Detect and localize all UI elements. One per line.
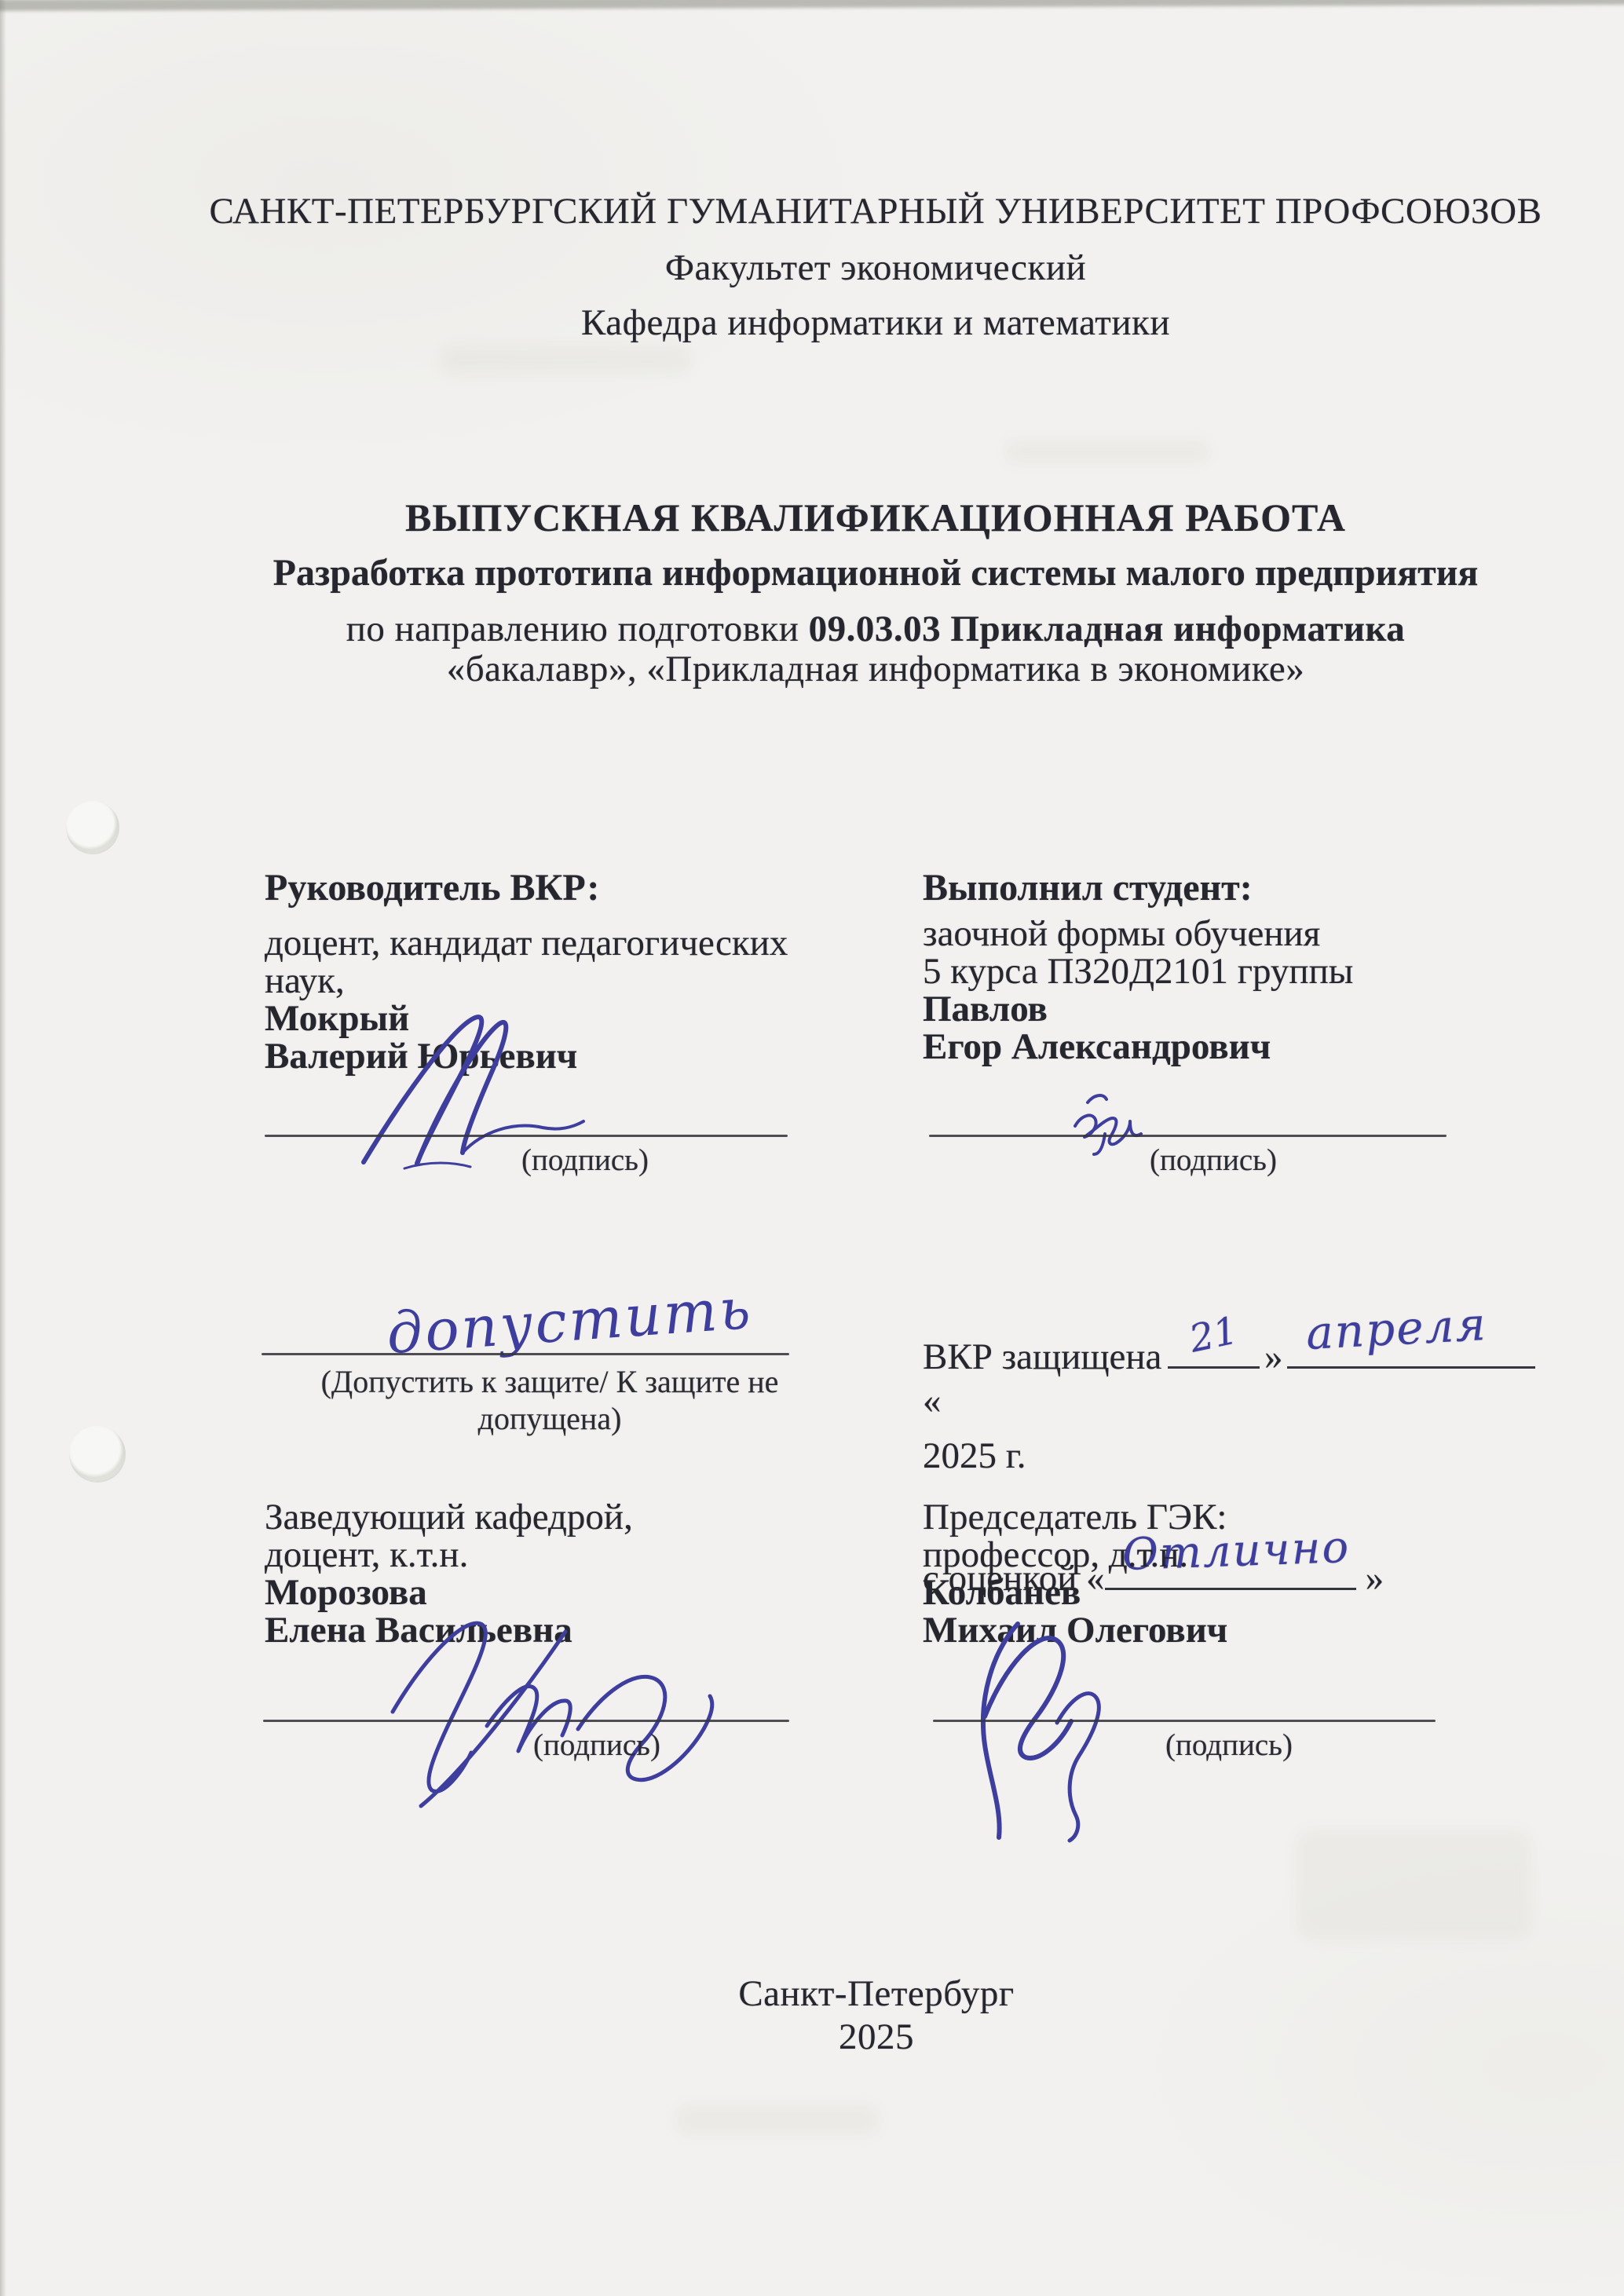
head-position: доцент, к.т.н. bbox=[265, 1536, 861, 1574]
defense-prefix: ВКР защищена « bbox=[923, 1335, 1168, 1423]
defense-quote-close: » bbox=[1264, 1335, 1283, 1379]
student-name-patronymic: Егор Александрович bbox=[923, 1028, 1520, 1066]
footer-year: 2025 bbox=[157, 2014, 1596, 2060]
scan-edge-top bbox=[0, 0, 1624, 11]
student-study-form: заочной формы обучения bbox=[923, 915, 1520, 952]
student-surname: Павлов bbox=[923, 990, 1520, 1028]
admission-line bbox=[262, 1353, 789, 1355]
defense-month-blank: апреля bbox=[1287, 1325, 1535, 1369]
gec-signature-caption: (подпись) bbox=[1080, 1727, 1378, 1763]
scanned-title-page: САНКТ-ПЕТЕРБУРГСКИЙ ГУМАНИТАРНЫЙ УНИВЕРС… bbox=[0, 0, 1624, 2296]
bleed-through-smudge bbox=[440, 345, 691, 374]
defense-year-line: 2025 г. bbox=[923, 1434, 1535, 1478]
student-group-line: 5 курса ПЗ20Д2101 группы bbox=[923, 952, 1520, 990]
work-type-title: ВЫПУСКНАЯ КВАЛИФИКАЦИОННАЯ РАБОТА bbox=[126, 495, 1624, 540]
gec-position: профессор, д.т.н. bbox=[923, 1536, 1520, 1574]
scan-edge-left bbox=[0, 0, 6, 2296]
head-label: Заведующий кафедрой, bbox=[265, 1498, 861, 1536]
faculty-name: Факультет экономический bbox=[126, 245, 1624, 291]
direction-code: 09.03.03 Прикладная информатика bbox=[809, 609, 1406, 649]
admission-caption: (Допустить к защите/ К защите не допущен… bbox=[263, 1363, 836, 1437]
bleed-through-smudge bbox=[1296, 1830, 1531, 1940]
head-signature-line bbox=[263, 1720, 789, 1722]
supervisor-signature-caption: (подпись) bbox=[436, 1143, 734, 1178]
bleed-through-smudge bbox=[1005, 440, 1209, 463]
gec-label: Председатель ГЭК: bbox=[923, 1498, 1520, 1536]
thesis-theme: Разработка прототипа информационной сист… bbox=[126, 551, 1624, 594]
degree-line: «бакалавр», «Прикладная информатика в эк… bbox=[126, 646, 1624, 692]
head-surname: Морозова bbox=[265, 1574, 861, 1611]
student-label: Выполнил студент: bbox=[923, 868, 1520, 909]
department-name: Кафедра информатики и математики bbox=[126, 300, 1624, 345]
gec-signature-ink bbox=[956, 1599, 1141, 1846]
supervisor-position-line2: наук, bbox=[265, 962, 861, 1000]
bleed-through-smudge bbox=[675, 2104, 880, 2136]
supervisor-label: Руководитель ВКР: bbox=[265, 868, 861, 909]
defense-day-handwritten: 21 bbox=[1185, 1308, 1241, 1361]
supervisor-position-line1: доцент, кандидат педагогических bbox=[265, 924, 861, 962]
defense-month-handwritten: апреля bbox=[1305, 1302, 1488, 1355]
direction-prefix: по направлению подготовки bbox=[346, 609, 809, 649]
punch-hole-bottom bbox=[69, 1426, 126, 1483]
supervisor-signature-line bbox=[265, 1135, 788, 1137]
student-signature-line bbox=[929, 1135, 1447, 1137]
defense-day-blank: 21 bbox=[1168, 1325, 1260, 1369]
direction-line: по направлению подготовки 09.03.03 Прикл… bbox=[126, 606, 1624, 652]
head-signature-caption: (подпись) bbox=[448, 1727, 746, 1763]
punch-hole-top bbox=[66, 801, 119, 854]
gec-signature-line bbox=[933, 1720, 1436, 1722]
student-block: Выполнил студент: заочной формы обучения… bbox=[923, 868, 1520, 1066]
student-signature-caption: (подпись) bbox=[1064, 1143, 1362, 1178]
defense-date-row: ВКР защищена «21»апреля bbox=[923, 1325, 1535, 1423]
head-signature-ink bbox=[369, 1611, 746, 1812]
university-name: САНКТ-ПЕТЕРБУРГСКИЙ ГУМАНИТАРНЫЙ УНИВЕРС… bbox=[126, 188, 1624, 234]
footer-city: Санкт-Петербург bbox=[157, 1971, 1596, 2016]
